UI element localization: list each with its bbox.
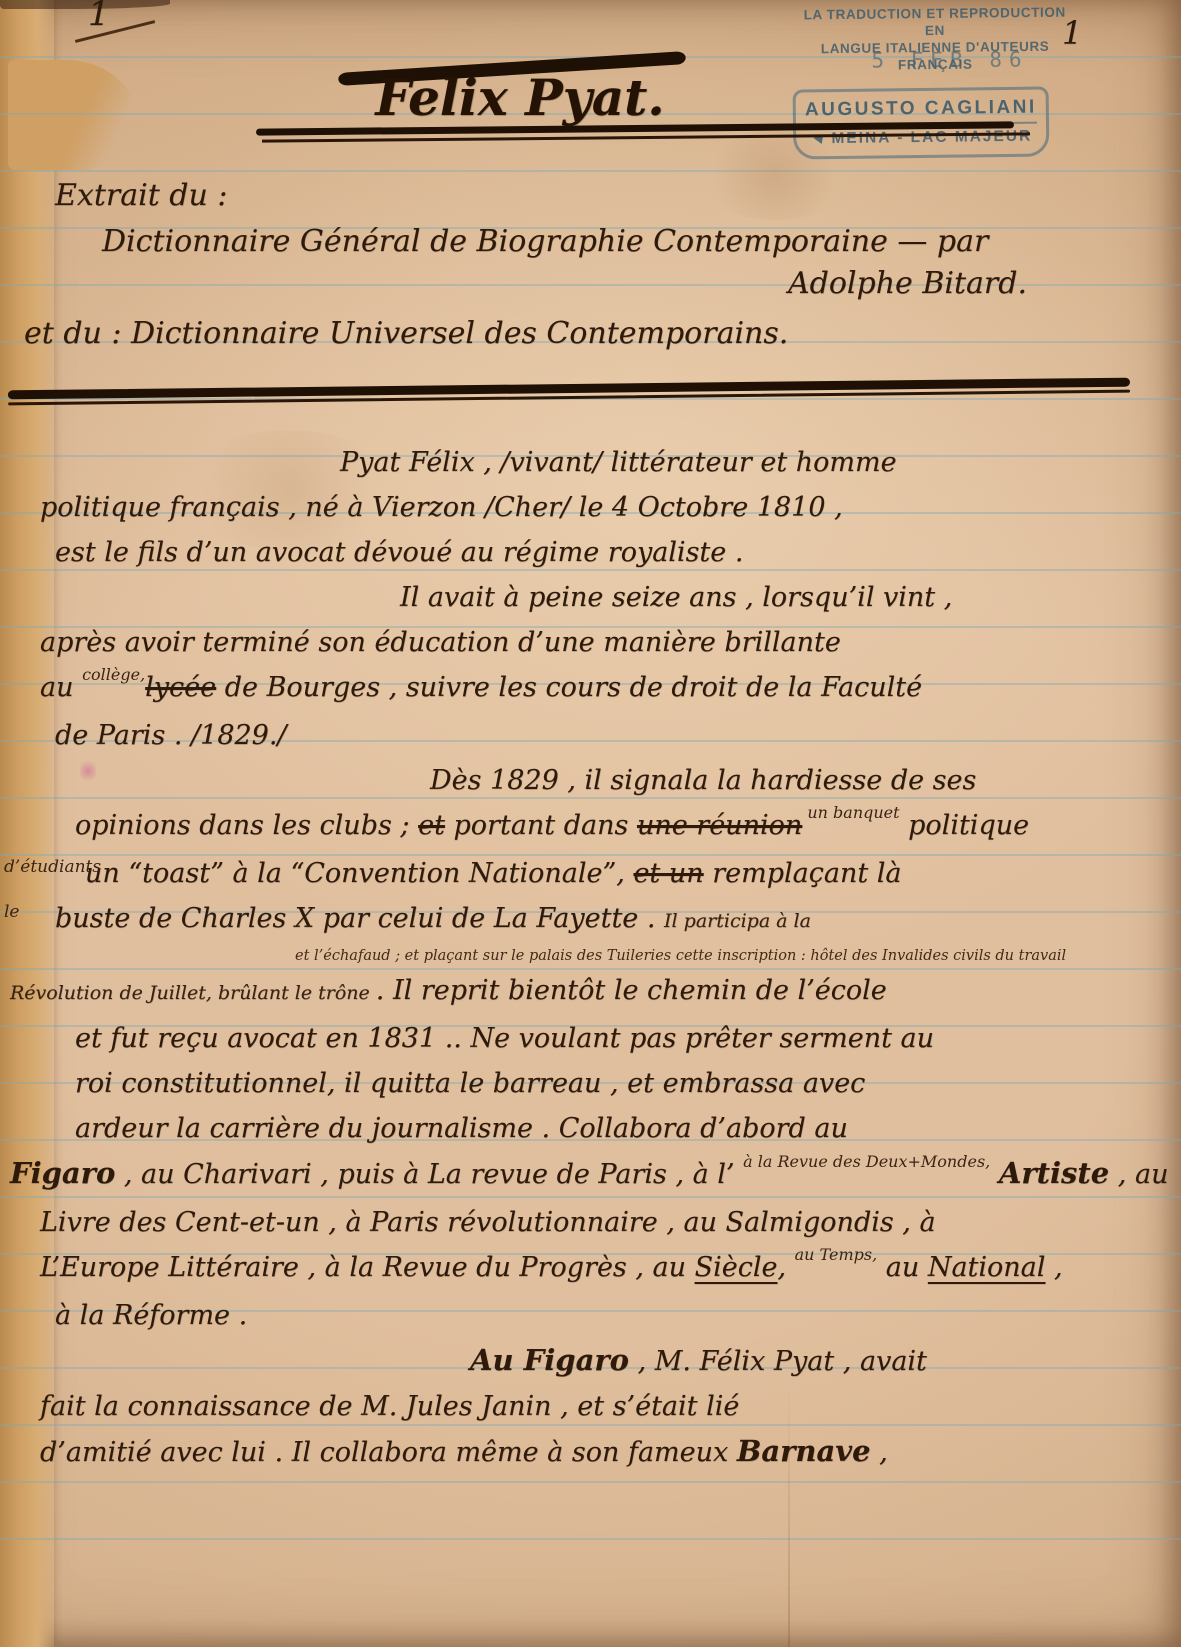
manuscript-line: Au Figaro , M. Félix Pyat , avait (0, 1338, 1181, 1384)
text-segment: , (1045, 1252, 1062, 1283)
text-segment: politique français , né à Vierzon /Cher/… (40, 492, 843, 523)
text-segment: à la Revue des Deux+Mondes, (743, 1152, 990, 1171)
text-segment: et l’échafaud ; et plaçant sur le palais… (295, 948, 1066, 964)
text-segment: , (777, 1252, 794, 1283)
manuscript-body: Pyat Félix , /vivant/ littérateur et hom… (0, 440, 1181, 1475)
text-segment: ardeur la carrière du journalisme . Coll… (75, 1113, 848, 1144)
manuscript-line: Dès 1829 , il signala la hardiesse de se… (0, 758, 1181, 803)
manuscript-line: à la Réforme . (0, 1293, 1181, 1338)
text-segment: remplaçant là (704, 858, 902, 889)
text-segment: , au Charivari , puis à La revue de Pari… (115, 1159, 743, 1190)
text-segment: de Bourges , suivre les cours de droit d… (216, 672, 922, 703)
manuscript-line: et l’échafaud ; et plaçant sur le palais… (0, 944, 1181, 968)
text-segment: portant dans (445, 810, 637, 841)
text-segment: roi constitutionnel, il quitta le barrea… (75, 1068, 865, 1099)
text-segment: Il avait à peine seize ans , lorsqu’il v… (400, 582, 952, 613)
text-segment: fait la connaissance de M. Jules Janin ,… (40, 1391, 739, 1422)
manuscript-line: est le fils d’un avocat dévoué au régime… (0, 530, 1181, 575)
source-dictionary-1: Dictionnaire Général de Biographie Conte… (102, 224, 988, 259)
text-segment: . Il reprit bientôt le chemin de l’école (376, 975, 887, 1006)
text-segment: lycée (145, 672, 216, 703)
manuscript-line: opinions dans les clubs ; et portant dan… (0, 803, 1181, 851)
text-segment: et un (633, 858, 703, 889)
manuscript-page: 1 1 LA TRADUCTION ET REPRODUCTION EN LAN… (0, 0, 1181, 1647)
section-divider (8, 378, 1130, 406)
text-segment: Il participa à la (664, 910, 811, 932)
manuscript-line: lebuste de Charles X par celui de La Fay… (0, 896, 1181, 944)
text-segment: est le fils d’un avocat dévoué au régime… (55, 537, 743, 568)
text-segment: au (40, 672, 82, 703)
manuscript-line: d’amitié avec lui . Il collabora même à … (0, 1429, 1181, 1475)
text-segment: Figaro (10, 1156, 115, 1190)
text-segment: , au (1109, 1159, 1168, 1190)
manuscript-line: et fut reçu avocat en 1831 .. Ne voulant… (0, 1016, 1181, 1061)
text-segment: L’Europe Littéraire , à la Revue du Prog… (40, 1252, 695, 1283)
source-dictionary-2: et du : Dictionnaire Universel des Conte… (24, 316, 788, 351)
text-segment: un “toast” à la “Convention Nationale”, (85, 858, 633, 889)
manuscript-line: Figaro , au Charivari , puis à La revue … (0, 1151, 1181, 1200)
text-segment: opinions dans les clubs ; (75, 810, 418, 841)
text-segment: une réunion (637, 810, 802, 841)
text-segment: après avoir terminé son éducation d’une … (40, 627, 841, 658)
text-segment: au Temps, (795, 1245, 878, 1264)
manuscript-line: au collège,lycée de Bourges , suivre les… (0, 665, 1181, 713)
stamp-arrow-mark: ◄ (809, 129, 829, 150)
extrait-label: Extrait du : (55, 178, 227, 213)
text-segment: d’amitié avec lui . Il collabora même à … (40, 1437, 737, 1468)
manuscript-line: fait la connaissance de M. Jules Janin ,… (0, 1384, 1181, 1429)
text-segment: , M. Félix Pyat , avait (629, 1346, 927, 1377)
text-segment: buste de Charles X par celui de La Fayet… (55, 903, 664, 934)
text-segment: National (928, 1252, 1046, 1283)
text-segment: politique (900, 810, 1030, 841)
text-segment: Dès 1829 , il signala la hardiesse de se… (430, 765, 976, 796)
manuscript-line: L’Europe Littéraire , à la Revue du Prog… (0, 1245, 1181, 1293)
document-title: Felix Pyat. (300, 68, 740, 127)
manuscript-line: Livre des Cent-et-un , à Paris révolutio… (0, 1200, 1181, 1245)
text-segment: Révolution de Juillet, brûlant le trône (10, 982, 376, 1004)
binding-tape-tear (8, 60, 138, 170)
page-edge-shadow (0, 0, 170, 9)
manuscript-line: ardeur la carrière du journalisme . Coll… (0, 1106, 1181, 1151)
manuscript-line: politique français , né à Vierzon /Cher/… (0, 485, 1181, 530)
manuscript-line: après avoir terminé son éducation d’une … (0, 620, 1181, 665)
text-segment: au (877, 1252, 928, 1283)
text-segment: , (871, 1437, 888, 1468)
manuscript-line: Pyat Félix , /vivant/ littérateur et hom… (0, 440, 1181, 485)
text-segment: un banquet (802, 803, 899, 822)
text-segment (990, 1159, 999, 1190)
page-number-flourish (75, 20, 155, 42)
page-number-top-left: 1 (88, 0, 110, 34)
owner-stamp-place: ◄MEINA - LAC MAJEUR (802, 128, 1040, 149)
manuscript-line: de Paris . /1829./ (0, 713, 1181, 758)
manuscript-line: Révolution de Juillet, brûlant le trône … (0, 968, 1181, 1016)
source-author: Adolphe Bitard. (788, 266, 1027, 301)
text-segment: et (418, 810, 445, 841)
text-segment: Siècle (695, 1252, 778, 1283)
text-segment: et fut reçu avocat en 1831 .. Ne voulant… (75, 1023, 934, 1054)
text-segment: Au Figaro (470, 1343, 629, 1377)
text-segment: Barnave (737, 1434, 871, 1468)
text-segment: Pyat Félix , /vivant/ littérateur et hom… (340, 447, 897, 478)
manuscript-line: d’étudiantsun “toast” à la “Convention N… (0, 851, 1181, 896)
text-segment: collège, (82, 665, 145, 684)
date-stamp: 5 FEB 86 (825, 47, 1075, 73)
manuscript-line: roi constitutionnel, il quitta le barrea… (0, 1061, 1181, 1106)
text-segment: de Paris . /1829./ (55, 720, 287, 751)
margin-note: d’étudiants (4, 845, 101, 890)
text-segment: Livre des Cent-et-un , à Paris révolutio… (40, 1207, 936, 1238)
rights-stamp-line1: LA TRADUCTION ET REPRODUCTION EN (795, 4, 1075, 41)
text-segment: Artiste (999, 1156, 1109, 1190)
margin-note: le (4, 890, 20, 935)
manuscript-line: Il avait à peine seize ans , lorsqu’il v… (0, 575, 1181, 620)
owner-stamp-place-text: MEINA - LAC MAJEUR (831, 128, 1032, 147)
text-segment: à la Réforme . (55, 1300, 247, 1331)
